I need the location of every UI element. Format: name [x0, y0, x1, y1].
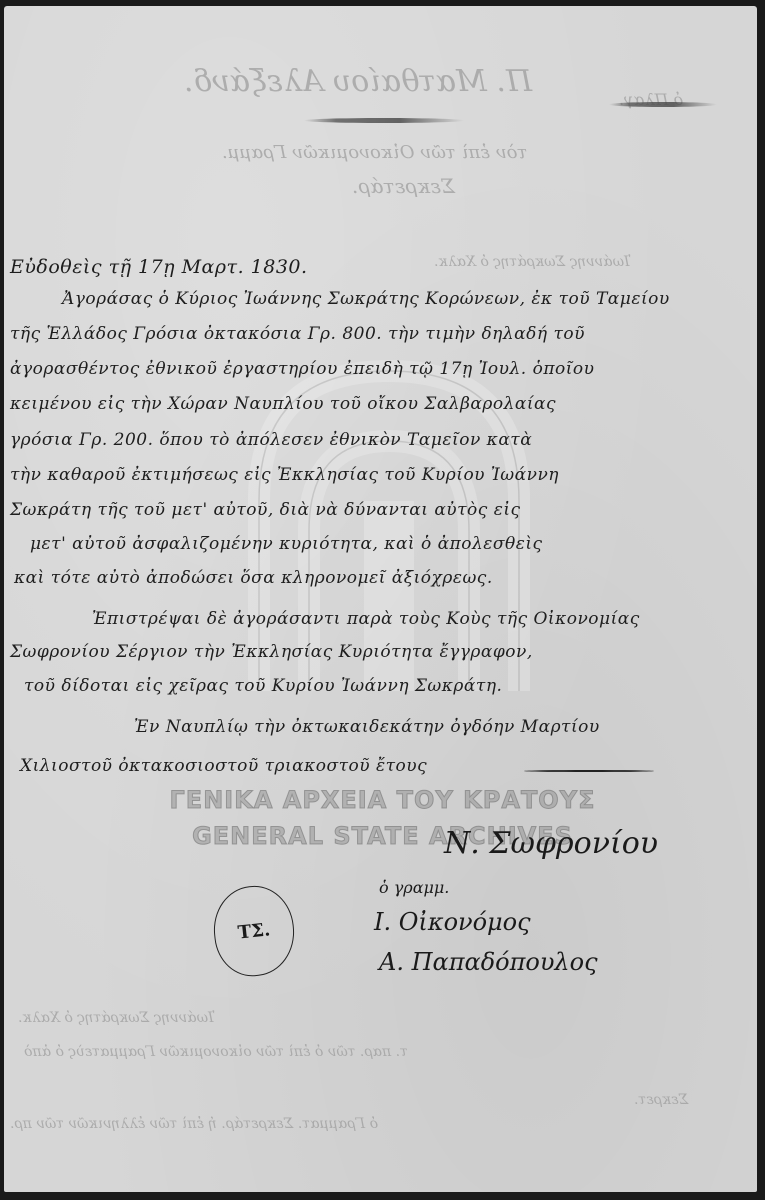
letter-body-line: καὶ τότε αὐτὸ ἀποδώσει ὅσα κληρονομεῖ ἀξ…	[14, 568, 493, 588]
bleed-through-line: Ἰωάννης Σωκράτης ὁ Χαλκ.	[434, 254, 631, 270]
letter-body-line: τοῦ δίδοται εἰς χεῖρας τοῦ Κυρίου Ἰωάννη…	[24, 676, 502, 696]
bleed-through-underline	[304, 118, 464, 123]
bleed-through-subtitle-2: Σεκρετάρ.	[352, 174, 455, 198]
letter-body-line: τὴν καθαροῦ ἐκτιμήσεως εἰς Ἐκκλησίας τοῦ…	[10, 465, 559, 485]
signature-second: Ι. Οἰκονόμος	[374, 908, 531, 936]
watermark-greek: ΓΕΝΙΚΑ ΑΡΧΕΙΑ ΤΟΥ ΚΡΑΤΟΥΣ	[4, 786, 757, 814]
letter-body-line: μετ' αὐτοῦ ἀσφαλιζομένην κυριότητα, καὶ …	[30, 534, 543, 554]
document-page: Π. Ματθαίου Αλεξάνδ. ὁ Πλαγ. τὸν ἐπὶ τῶν…	[4, 6, 757, 1192]
letter-closing-year: Χιλιοστοῦ ὀκτακοσιοστοῦ τριακοστοῦ ἔτους	[20, 756, 427, 776]
bleed-through-subtitle: τὸν ἐπὶ τῶν Οἰκονομικῶν Γραμμ.	[222, 142, 528, 163]
signature-title: ὁ γραμμ.	[379, 878, 449, 897]
letter-closing-place-date: Ἐν Ναυπλίῳ τὴν ὀκτωκαιδεκάτην ὀγδόην Μαρ…	[134, 717, 600, 737]
letter-body-line: ἀγορασθέντος ἐθνικοῦ ἐργαστηρίου ἐπειδὴ …	[10, 359, 594, 379]
letter-body-line: Ἀγοράσας ὁ Κύριος Ἰωάννης Σωκράτης Κορών…	[62, 289, 670, 309]
letter-body-line: τῆς Ἑλλάδος Γρόσια ὀκτακόσια Γρ. 800. τὴ…	[10, 324, 585, 344]
closing-flourish	[524, 770, 654, 772]
letter-heading: Εὐδοθεὶς τῇ 17ῃ Μαρτ. 1830.	[10, 256, 308, 278]
letter-body-line: Ἐπιστρέψαι δὲ ἀγοράσαντι παρὰ τοὺς Κοὺς …	[92, 609, 640, 629]
signature-primary: Ν. Σωφρονίου	[444, 826, 658, 861]
signature-third: Α. Παπαδόπουλος	[379, 948, 598, 976]
bleed-through-line: ὁ Γραμματ. Σεκρετάρ. ἡ ἐπὶ τῶν ἑλληνικῶν…	[10, 1116, 378, 1132]
bleed-through-title: Π. Ματθαίου Αλεξάνδ.	[184, 64, 532, 99]
official-stamp: ΤΣ.	[210, 882, 299, 980]
bleed-through-corner-underline	[609, 102, 717, 107]
letter-body-line: κειμένου εἰς τὴν Χώραν Ναυπλίου τοῦ οἴκο…	[10, 394, 556, 414]
bleed-through-line: Ἰωάννης Σωκράτης ὁ Χαλκ.	[18, 1010, 215, 1026]
bleed-through-line: τ. παρ. τῶν ὁ ἐπὶ τῶν οἰκονομικῶν Γραμμα…	[24, 1044, 408, 1060]
letter-body-line: γρόσια Γρ. 200. ὅπου τὸ ἀπόλεσεν ἐθνικὸν…	[10, 430, 532, 450]
stamp-text: ΤΣ.	[237, 919, 271, 943]
bleed-through-line: Σεκρετ.	[634, 1092, 689, 1108]
letter-body-line: Σωκράτη τῆς τοῦ μετ' αὐτοῦ, διὰ νὰ δύναν…	[10, 500, 521, 520]
letter-body-line: Σωφρονίου Σέργιον τὴν Ἐκκλησίας Κυριότητ…	[10, 642, 533, 662]
